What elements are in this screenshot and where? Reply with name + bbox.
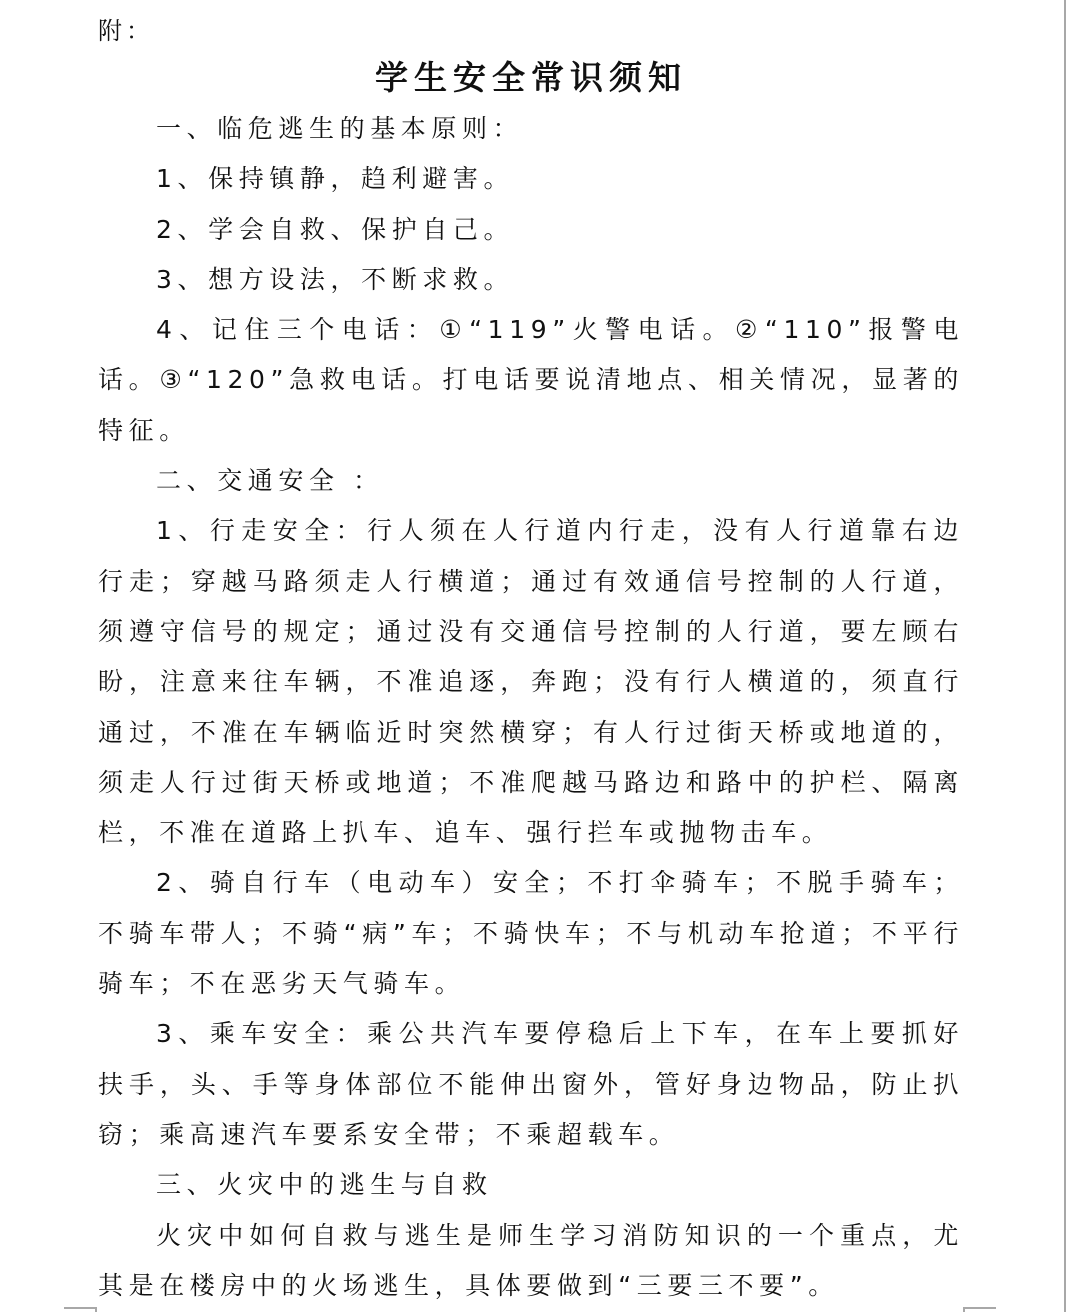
page-corner-mark-right xyxy=(963,1307,996,1312)
section-heading-traffic-safety: 二、交通安全 ： xyxy=(98,456,964,506)
document-title: 学生安全常识须知 xyxy=(98,52,964,104)
paragraph-cycling-safety: 2、骑自行车（电动车）安全；不打伞骑车；不脱手骑车；不骑车带人；不骑“病”车；不… xyxy=(98,858,964,1009)
paragraph-walking-safety: 1、行走安全：行人须在人行道内行走，没有人行道靠右边行走；穿越马路须走人行横道；… xyxy=(98,506,964,858)
paragraph-principle-1: 1、保持镇静，趋利避害。 xyxy=(98,154,964,204)
attachment-label: 附： xyxy=(98,8,964,54)
paragraph-riding-safety: 3、乘车安全：乘公共汽车要停稳后上下车，在车上要抓好扶手，头、手等身体部位不能伸… xyxy=(98,1009,964,1160)
document-body: 附： 学生安全常识须知 一、临危逃生的基本原则： 1、保持镇静，趋利避害。 2、… xyxy=(98,8,964,1311)
section-heading-fire-escape: 三、火灾中的逃生与自救 xyxy=(98,1160,964,1210)
section-heading-escape-principles: 一、临危逃生的基本原则： xyxy=(98,104,964,154)
page-corner-mark-left xyxy=(64,1307,97,1312)
paragraph-principle-4-phone-numbers: 4、记住三个电话：①“119”火警电话。②“110”报警电话。③“120”急救电… xyxy=(98,305,964,456)
paragraph-principle-3: 3、想方设法，不断求救。 xyxy=(98,255,964,305)
paragraph-principle-2: 2、学会自救、保护自己。 xyxy=(98,205,964,255)
paragraph-fire-escape-intro: 火灾中如何自救与逃生是师生学习消防知识的一个重点，尤其是在楼房中的火场逃生，具体… xyxy=(98,1211,964,1312)
